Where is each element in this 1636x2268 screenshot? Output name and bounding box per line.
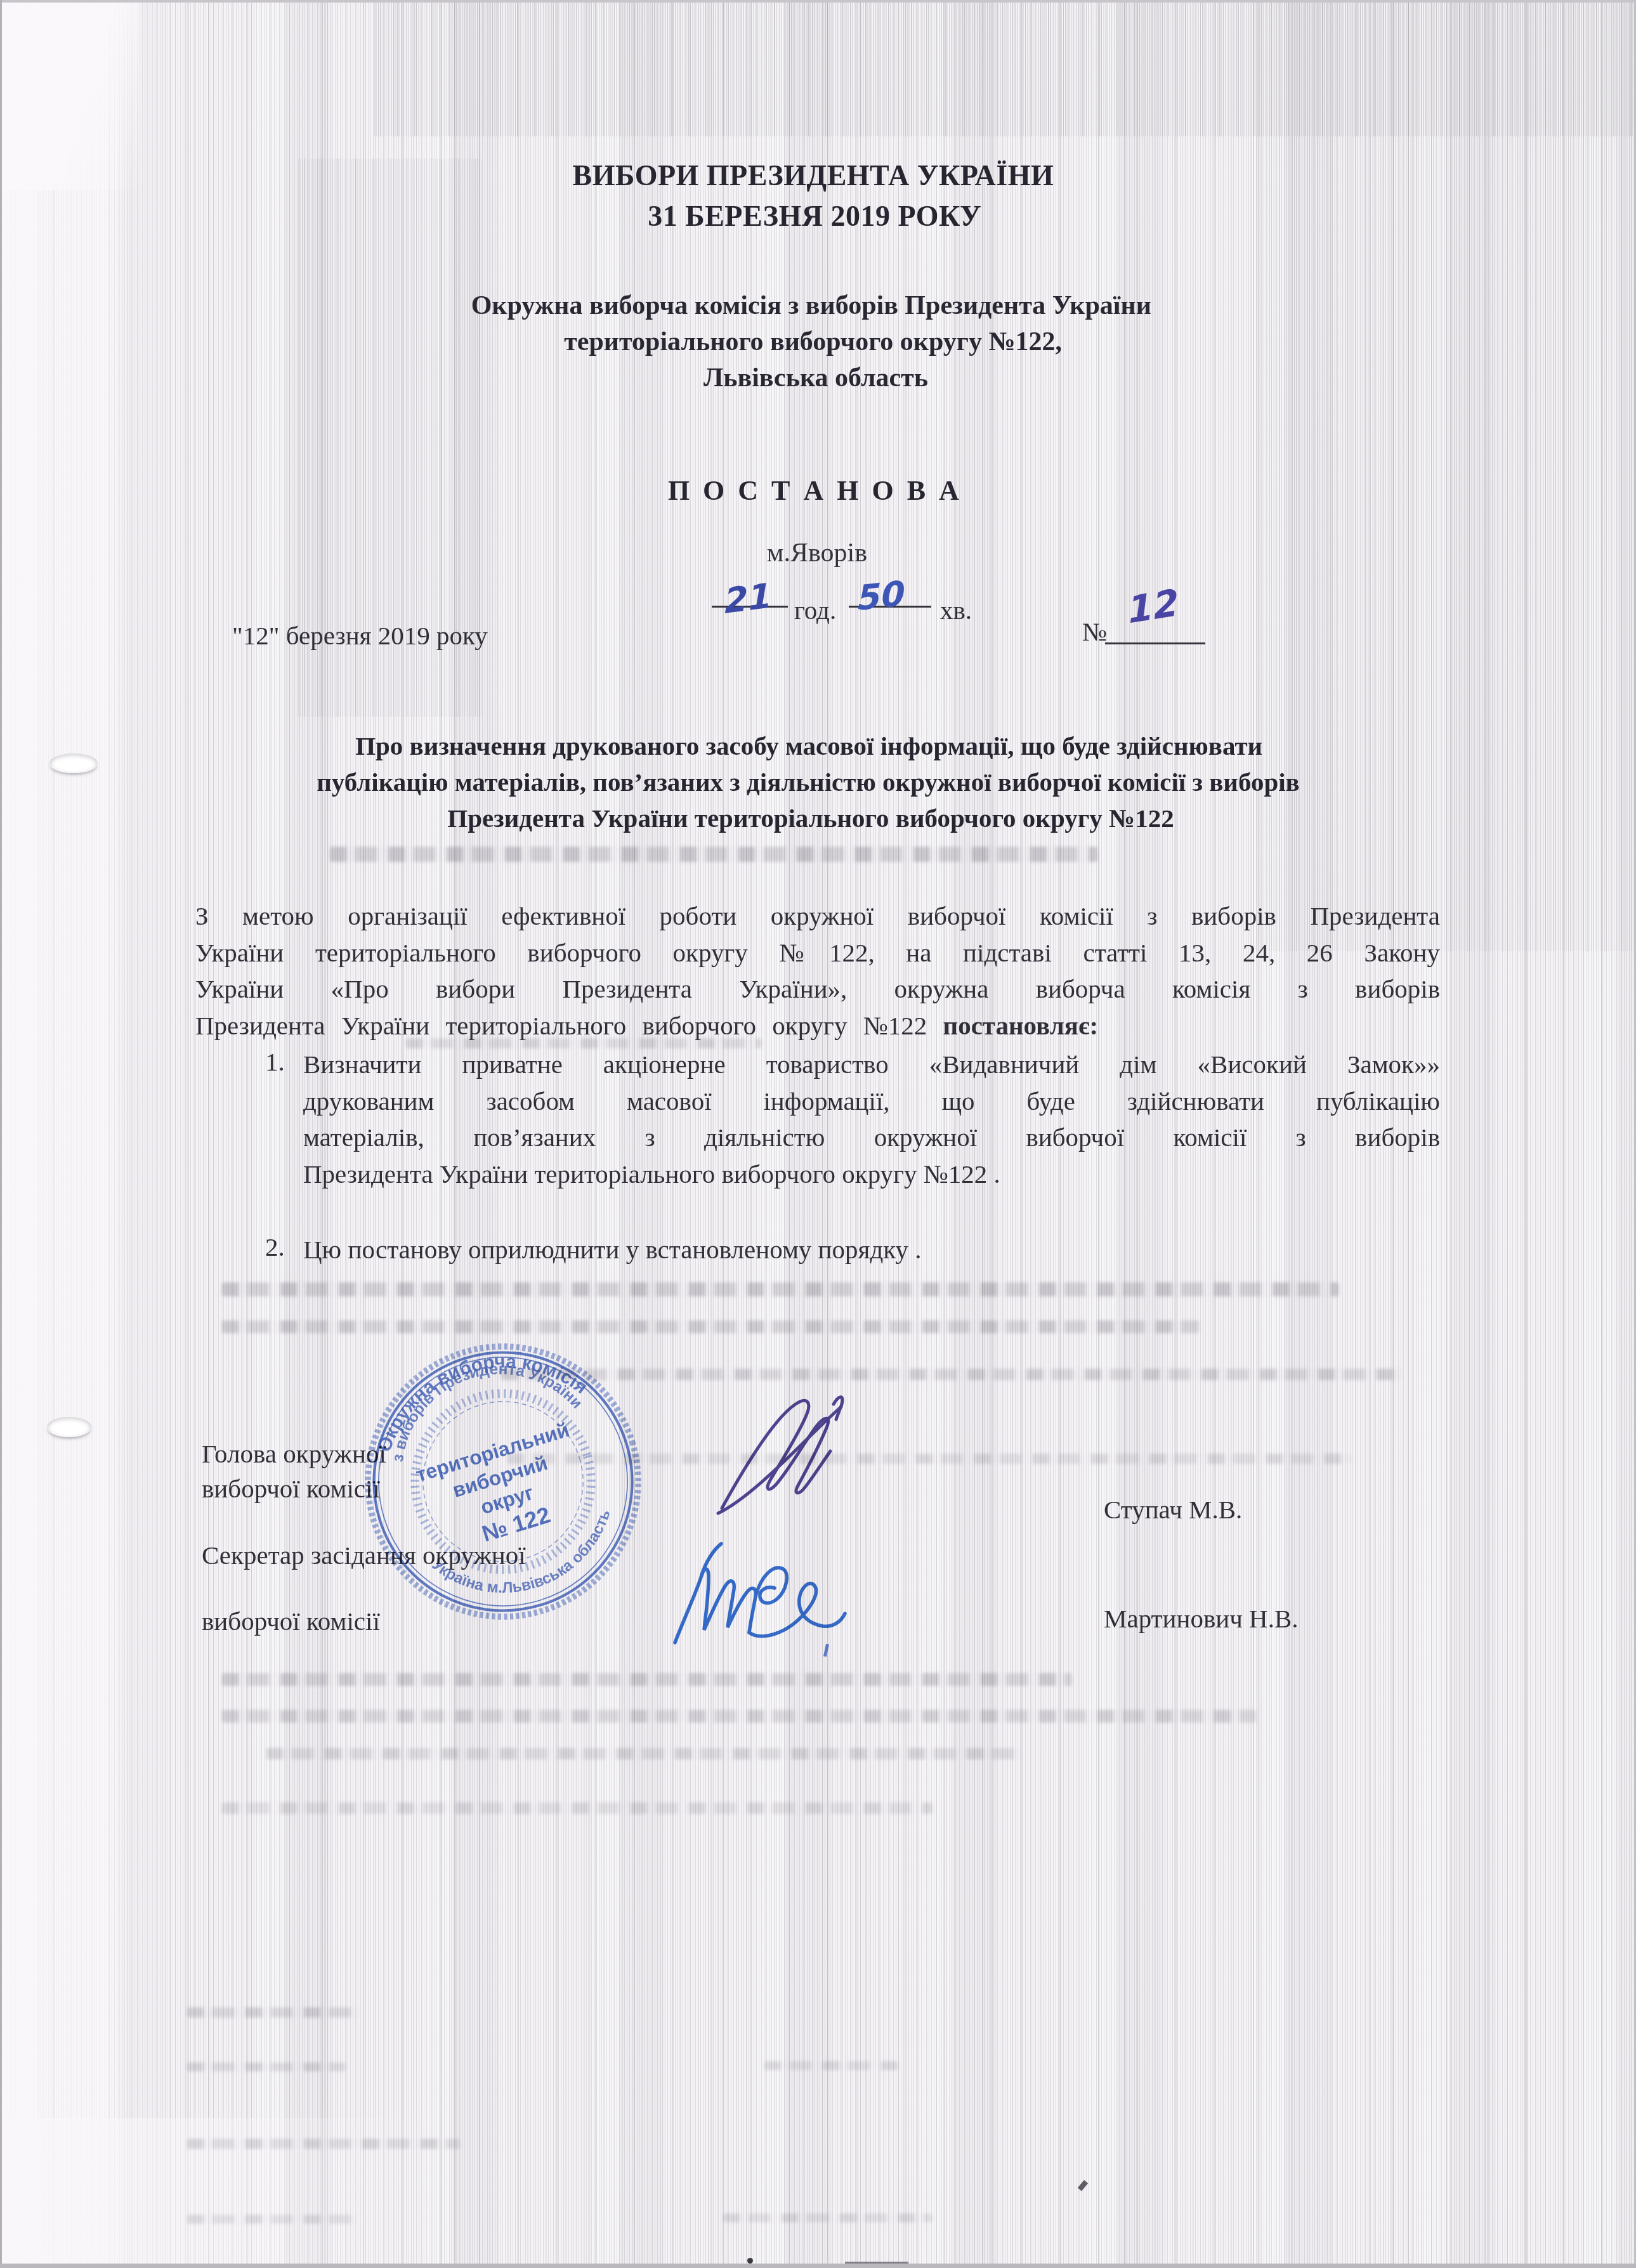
- scan-edge-left: [0, 0, 2, 2268]
- subject-title-line1: Про визначення друкованого засобу масово…: [355, 731, 1262, 761]
- punch-hole-top: [49, 753, 98, 773]
- signatory-1-name: Ступач М.В.: [1104, 1494, 1242, 1525]
- bleed-through-smudge: [222, 1802, 933, 1814]
- bleed-through-smudge: [187, 2215, 358, 2224]
- bleed-through-smudge: [764, 2061, 898, 2070]
- scan-edge-bottom: [0, 2264, 1636, 2268]
- commission-name-line1: Окружна виборча комісія з виборів Презид…: [471, 290, 1151, 321]
- list-item-2-text: Цю постанову оприлюднити у встановленому…: [303, 1232, 1440, 1268]
- document-header-line2: 31 БЕРЕЗНЯ 2019 РОКУ: [648, 199, 981, 233]
- bleed-through-smudge: [222, 1282, 1338, 1296]
- preamble-line: України «Про вибори Президента України»,…: [195, 971, 1440, 1008]
- punch-hole-bottom: [47, 1417, 91, 1437]
- date-line: "12" березня 2019 року: [232, 620, 488, 651]
- dark-dot: [747, 2258, 753, 2264]
- signatory-2-name: Мартинович Н.В.: [1104, 1603, 1299, 1634]
- preamble-line: України територіального виборчого округу…: [195, 935, 1440, 972]
- scanned-document-page: ВИБОРИ ПРЕЗИДЕНТА УКРАЇНИ 31 БЕРЕЗНЯ 201…: [0, 0, 1636, 2268]
- preamble-resolves-word: постановляє:: [943, 1011, 1099, 1040]
- preamble-paragraph: З метою організації ефективної роботи ок…: [195, 898, 1440, 1044]
- bleed-through-smudge: [187, 2007, 358, 2017]
- hours-label: год.: [794, 595, 836, 625]
- resolution-city: м.Яворів: [767, 538, 867, 568]
- preamble-last-line-text: Президента України територіального вибор…: [195, 1011, 943, 1040]
- list-item-2: 2. Цю постанову оприлюднити у встановлен…: [195, 1232, 1440, 1268]
- left-scan-margin: [0, 0, 190, 2268]
- list-item-1-line: Визначити приватне акціонерне товариство…: [303, 1046, 1440, 1083]
- number-label: №: [1082, 616, 1107, 647]
- dark-speck: [1078, 2180, 1088, 2191]
- bleed-through-smudge: [222, 1673, 1072, 1686]
- edge-mark: [845, 2262, 908, 2267]
- list-item-1-number: 1.: [265, 1046, 285, 1077]
- bleed-through-smudge: [222, 1710, 1256, 1723]
- resolution-word: П О С Т А Н О В А: [668, 474, 962, 507]
- top-left-clean-corner: [0, 0, 140, 190]
- commission-name-line3: Львівська область: [703, 363, 928, 393]
- bleed-through-smudge: [266, 1748, 1021, 1759]
- handwritten-minutes-value: 50: [858, 573, 905, 618]
- list-item-1-line: Президента України територіального вибор…: [303, 1156, 1440, 1193]
- number-underline: [1105, 642, 1205, 644]
- scan-edge-top: [0, 0, 1636, 3]
- list-item-1-line: друкованим засобом масової інформації, щ…: [303, 1083, 1440, 1120]
- handwritten-hours-value: 21: [724, 575, 773, 621]
- list-item-2-number: 2.: [265, 1232, 285, 1262]
- bleed-through-smudge: [330, 847, 1097, 862]
- streak-patch-top: [374, 0, 1636, 136]
- list-item-1: 1. Визначити приватне акціонерне товарис…: [195, 1046, 1440, 1192]
- round-stamp: Окружна виборча комісія з виборів Презид…: [335, 1324, 671, 1639]
- preamble-line: З метою організації ефективної роботи ок…: [195, 898, 1440, 935]
- preamble-last-line: Президента України територіального вибор…: [195, 1008, 1440, 1045]
- bleed-through-smudge: [187, 2063, 346, 2071]
- bleed-through-smudge: [723, 2213, 933, 2222]
- document-header-line1: ВИБОРИ ПРЕЗИДЕНТА УКРАЇНИ: [573, 159, 1054, 192]
- signature-secretary: [660, 1537, 850, 1677]
- minutes-label: хв.: [940, 595, 972, 625]
- bleed-through-smudge: [187, 2139, 460, 2149]
- handwritten-number-value: 12: [1127, 581, 1180, 632]
- list-item-1-line: матеріалів, пов’язаних з діяльністю окру…: [303, 1119, 1440, 1156]
- streak-patch-right: [1256, 0, 1636, 951]
- signature-chairman: [709, 1389, 868, 1522]
- subject-title-line3: Президента України територіального вибор…: [447, 803, 1174, 833]
- bottom-left-clean-corner: [0, 2118, 444, 2268]
- commission-name-line2: територіального виборчого округу №122,: [564, 327, 1062, 357]
- subject-title-line2: публікацію матеріалів, пов’язаних з діял…: [317, 767, 1300, 797]
